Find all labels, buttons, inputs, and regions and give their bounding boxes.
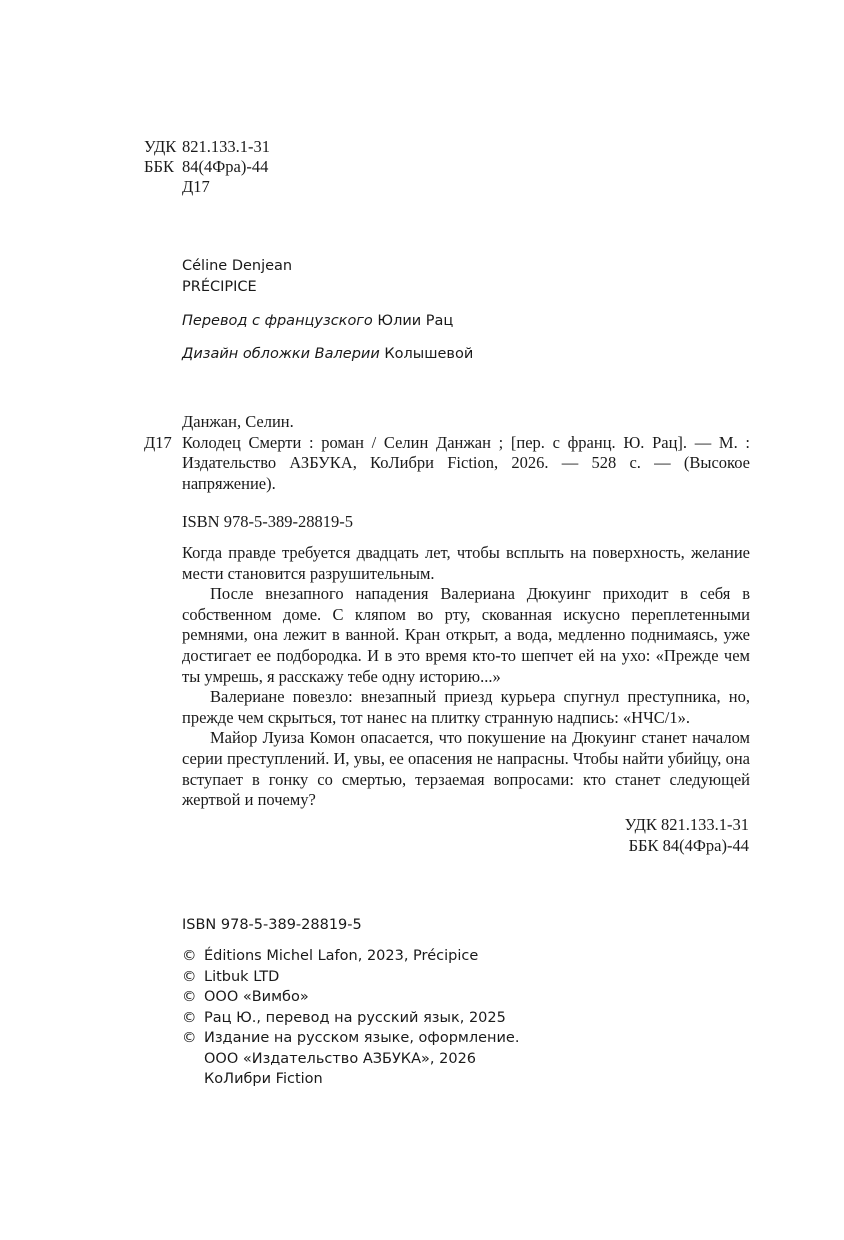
bbk-row: ББК84(4Фра)-44	[144, 157, 270, 177]
catalog-code: Д17	[144, 433, 182, 495]
translation-credit: Перевод с французского Юлии Рац	[182, 311, 473, 332]
copyright-icon: ©	[182, 946, 204, 967]
footer-isbn: ISBN 978-5-389-28819-5	[182, 915, 362, 936]
original-author: Céline Denjean	[182, 256, 473, 277]
copyright-line: ©ООО «Вимбо»	[182, 987, 519, 1008]
annotation-udk: УДК 821.133.1-31	[625, 815, 749, 836]
annotation-classification: УДК 821.133.1-31 ББК 84(4Фра)-44	[625, 815, 749, 856]
catalog-description: Колодец Смерти : роман / Селин Данжан ; …	[182, 433, 750, 495]
copyright-continuation: КоЛибри Fiction	[182, 1069, 519, 1090]
author-mark: Д17	[144, 177, 270, 197]
cover-designer: Колышевой	[384, 346, 473, 362]
original-title: PRÉCIPICE	[182, 277, 473, 298]
udk-label: УДК	[144, 137, 182, 157]
catalog-heading: Данжан, Селин.	[182, 412, 750, 433]
udk-row: УДК821.133.1-31	[144, 137, 270, 157]
bbk-value: 84(4Фра)-44	[182, 157, 268, 176]
annotation-paragraph: Майор Луиза Комон опасается, что покушен…	[182, 728, 750, 810]
classification-block: УДК821.133.1-31 ББК84(4Фра)-44 Д17	[144, 137, 270, 197]
copyright-line: ©Litbuk LTD	[182, 967, 519, 988]
original-credits: Céline Denjean PRÉCIPICE Перевод с франц…	[182, 256, 473, 364]
annotation-paragraph: После внезапного нападения Валериана Дюк…	[182, 584, 750, 687]
cover-label: Дизайн обложки Валерии	[182, 346, 380, 362]
translation-label: Перевод с французского	[182, 313, 373, 329]
annotation-paragraph: Валериане повезло: внезапный приезд курь…	[182, 687, 750, 728]
catalog-isbn: ISBN 978-5-389-28819-5	[182, 512, 353, 533]
udk-value: 821.133.1-31	[182, 137, 270, 156]
annotation-paragraph: Когда правде требуется двадцать лет, что…	[182, 543, 750, 584]
copyright-line: ©Éditions Michel Lafon, 2023, Précipice	[182, 946, 519, 967]
copyright-icon: ©	[182, 987, 204, 1008]
copyright-line: ©Рац Ю., перевод на русский язык, 2025	[182, 1008, 519, 1029]
annotation: Когда правде требуется двадцать лет, что…	[182, 543, 750, 811]
annotation-bbk: ББК 84(4Фра)-44	[625, 836, 749, 857]
copyright-line: ©Издание на русском языке, оформление.	[182, 1028, 519, 1049]
copyright-block: ©Éditions Michel Lafon, 2023, Précipice …	[182, 946, 519, 1090]
cover-credit: Дизайн обложки Валерии Колышевой	[182, 344, 473, 365]
translator-name: Юлии Рац	[377, 313, 453, 329]
copyright-icon: ©	[182, 967, 204, 988]
copyright-continuation: ООО «Издательство АЗБУКА», 2026	[182, 1049, 519, 1070]
copyright-icon: ©	[182, 1008, 204, 1029]
catalog-entry: Данжан, Селин. Д17 Колодец Смерти : рома…	[144, 412, 750, 494]
copyright-icon: ©	[182, 1028, 204, 1049]
bbk-label: ББК	[144, 157, 182, 177]
